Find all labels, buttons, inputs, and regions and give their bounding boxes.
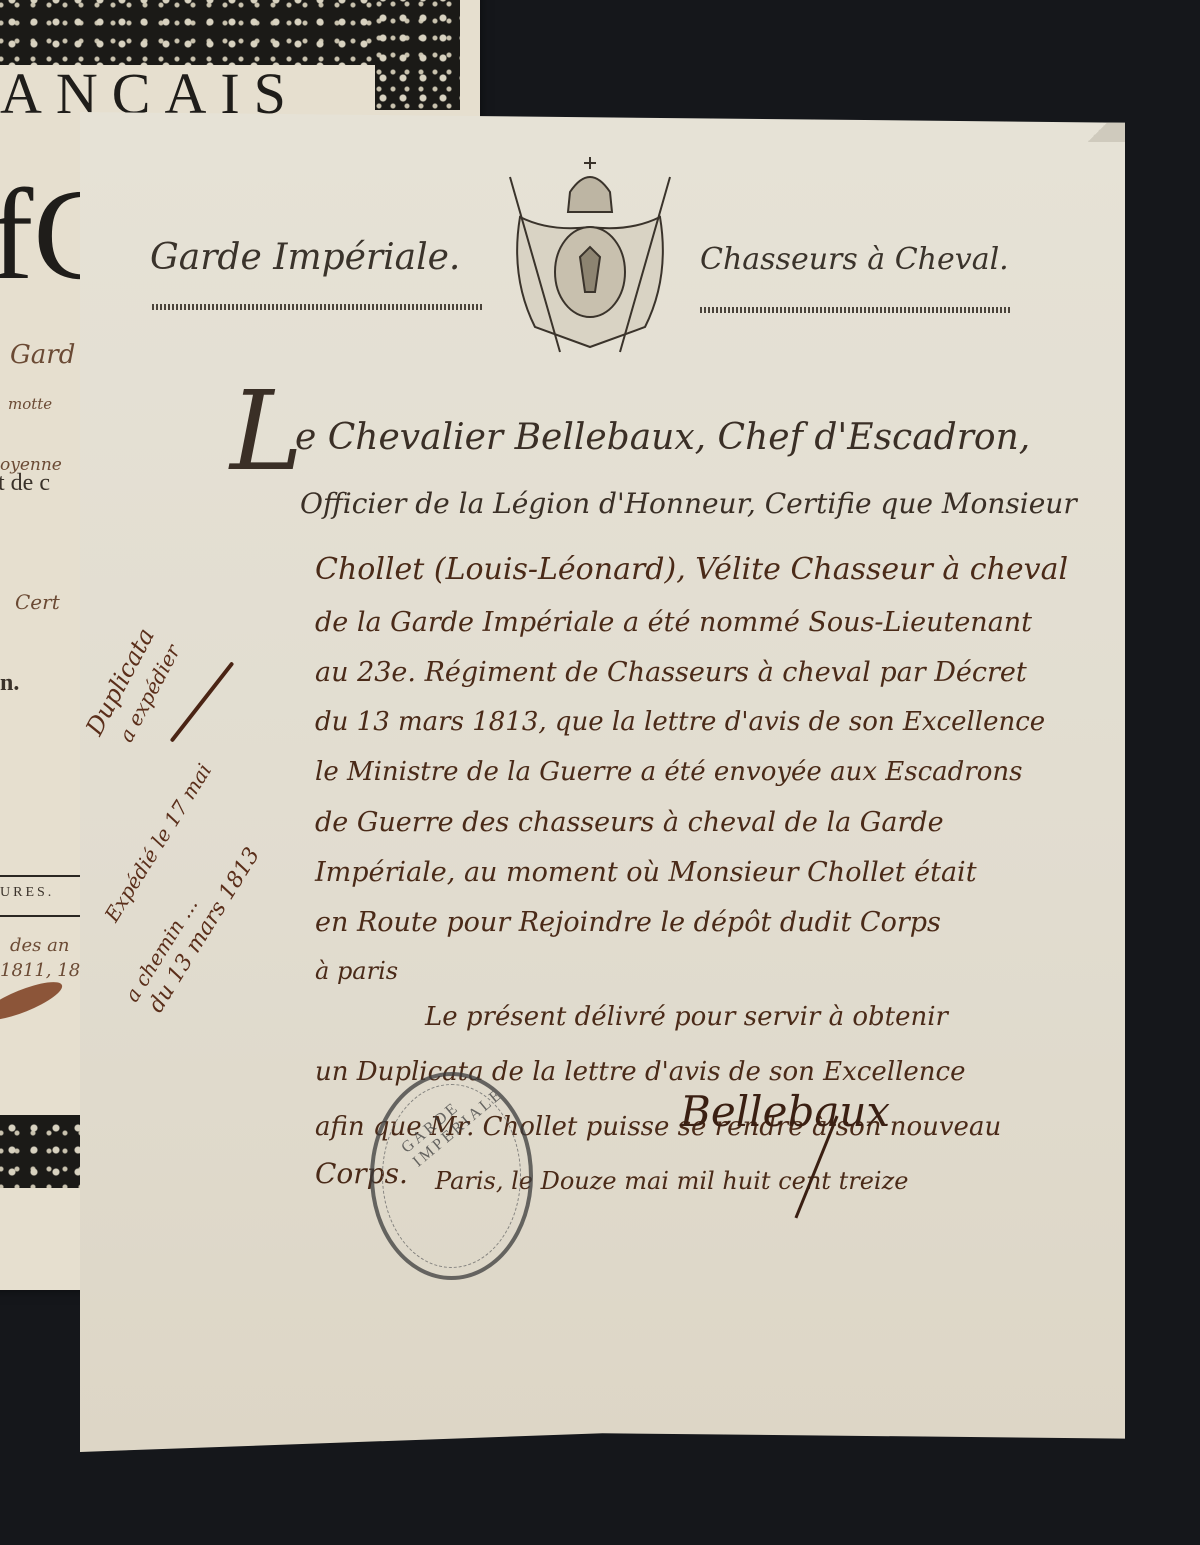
letter-line: un Duplicata de la lettre d'avis de son … <box>315 1057 965 1087</box>
back-hand-text: Cert <box>15 590 60 614</box>
letter-line: Officier de la Légion d'Honneur, Certifi… <box>300 487 1077 520</box>
letter-line: e Chevalier Bellebaux, Chef d'Escadron, <box>295 417 1030 458</box>
dotted-rule <box>152 304 482 310</box>
ink-stain <box>0 975 66 1027</box>
letter-line: en Route pour Rejoindre le dépôt dudit C… <box>315 907 941 938</box>
back-hand-text: 1811, 181 <box>0 960 92 981</box>
margin-note: Expédié le 17 mai <box>100 759 217 926</box>
letter-line: Le présent délivré pour servir à obtenir <box>425 1002 948 1032</box>
back-hand-text: des an <box>10 935 69 956</box>
initial-capital: L <box>230 367 303 495</box>
official-seal-stamp: GARDE IMPÉRIALE <box>370 1072 533 1280</box>
dotted-rule <box>700 307 1010 313</box>
letter-line: du 13 mars 1813, que la lettre d'avis de… <box>315 707 1045 737</box>
back-print-text: n. <box>0 670 19 697</box>
back-hand-text: motte <box>8 395 52 413</box>
letter-line: Impériale, au moment où Monsieur Chollet… <box>315 857 977 888</box>
letter-line: de la Garde Impériale a été nommé Sous-L… <box>315 607 1032 638</box>
letter-line: Chollet (Louis-Léonard), Vélite Chasseur… <box>315 552 1068 587</box>
back-print-text: t de c <box>0 470 50 497</box>
folded-corner <box>1080 112 1125 142</box>
imperial-coat-of-arms-icon <box>500 157 680 357</box>
signature: Bellebaux <box>680 1087 890 1136</box>
letterhead-right: Chasseurs à Cheval. <box>700 242 1009 277</box>
letter-line: à paris <box>315 957 398 985</box>
handwritten-letter: Garde Impériale. Chasseurs à Cheval. L e… <box>80 112 1125 1452</box>
letter-line: de Guerre des chasseurs à cheval de la G… <box>315 807 944 838</box>
section-label: URES. <box>0 885 54 901</box>
floral-border-right <box>375 0 460 110</box>
letterhead-left: Garde Impériale. <box>150 237 460 278</box>
letter-line: le Ministre de la Guerre a été envoyée a… <box>315 757 1022 787</box>
margin-stroke <box>170 661 235 742</box>
letter-line: au 23e. Régiment de Chasseurs à cheval p… <box>315 657 1027 688</box>
back-hand-text: Gard <box>10 340 75 370</box>
